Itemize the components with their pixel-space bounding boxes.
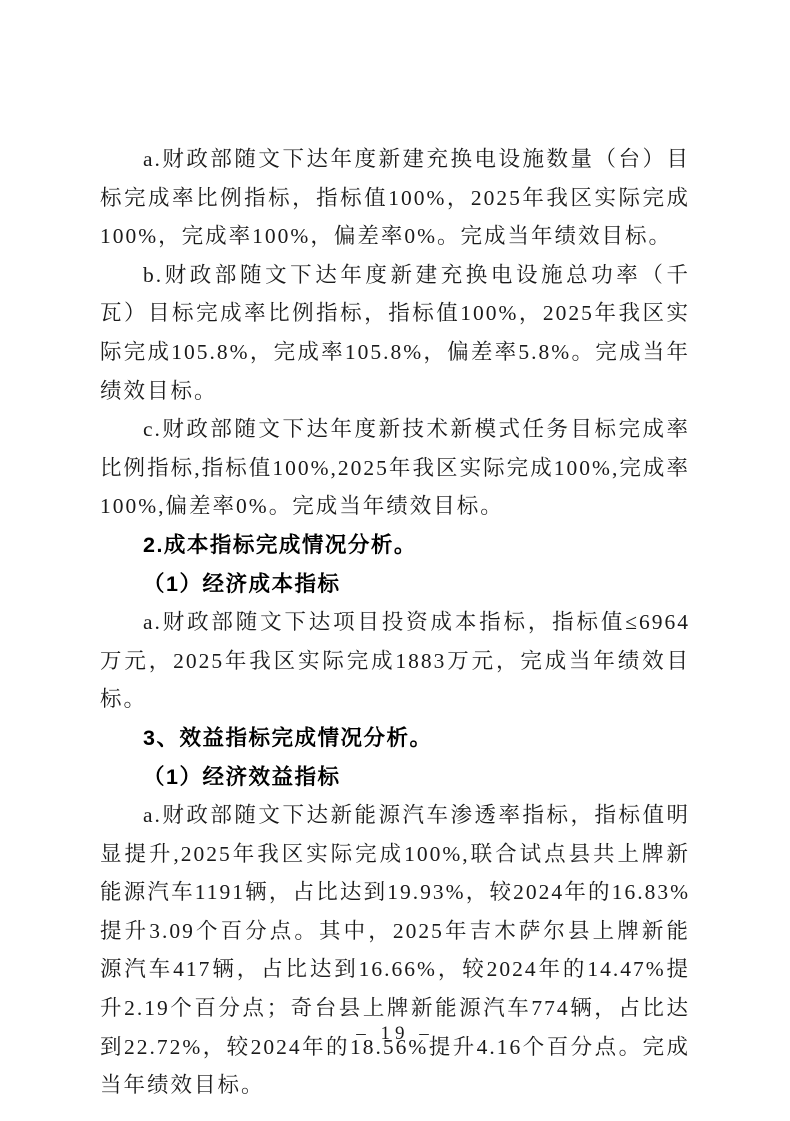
heading-economic-benefit-indicator: （1）经济效益指标 [100, 758, 690, 797]
para-c-new-tech-new-mode-task: c.财政部随文下达年度新技术新模式任务目标完成率比例指标,指标值100%,202… [100, 410, 690, 526]
document-body: a.财政部随文下达年度新建充换电设施数量（台）目标完成率比例指标，指标值100%… [100, 140, 690, 1105]
heading-economic-cost-indicator: （1）经济成本指标 [100, 565, 690, 604]
heading-cost-indicator-analysis: 2.成本指标完成情况分析。 [100, 526, 690, 565]
para-b-charging-facility-total-power: b.财政部随文下达年度新建充换电设施总功率（千瓦）目标完成率比例指标，指标值10… [100, 256, 690, 410]
document-page: a.财政部随文下达年度新建充换电设施数量（台）目标完成率比例指标，指标值100%… [0, 0, 790, 1121]
para-a-charging-facility-quantity: a.财政部随文下达年度新建充换电设施数量（台）目标完成率比例指标，指标值100%… [100, 140, 690, 256]
para-a-nev-penetration-rate: a.财政部随文下达新能源汽车渗透率指标，指标值明显提升,2025年我区实际完成1… [100, 796, 690, 1105]
page-number: – 19 – [0, 1021, 790, 1047]
heading-benefit-indicator-analysis: 3、效益指标完成情况分析。 [100, 719, 690, 758]
para-a-project-investment-cost: a.财政部随文下达项目投资成本指标，指标值≤6964万元，2025年我区实际完成… [100, 603, 690, 719]
